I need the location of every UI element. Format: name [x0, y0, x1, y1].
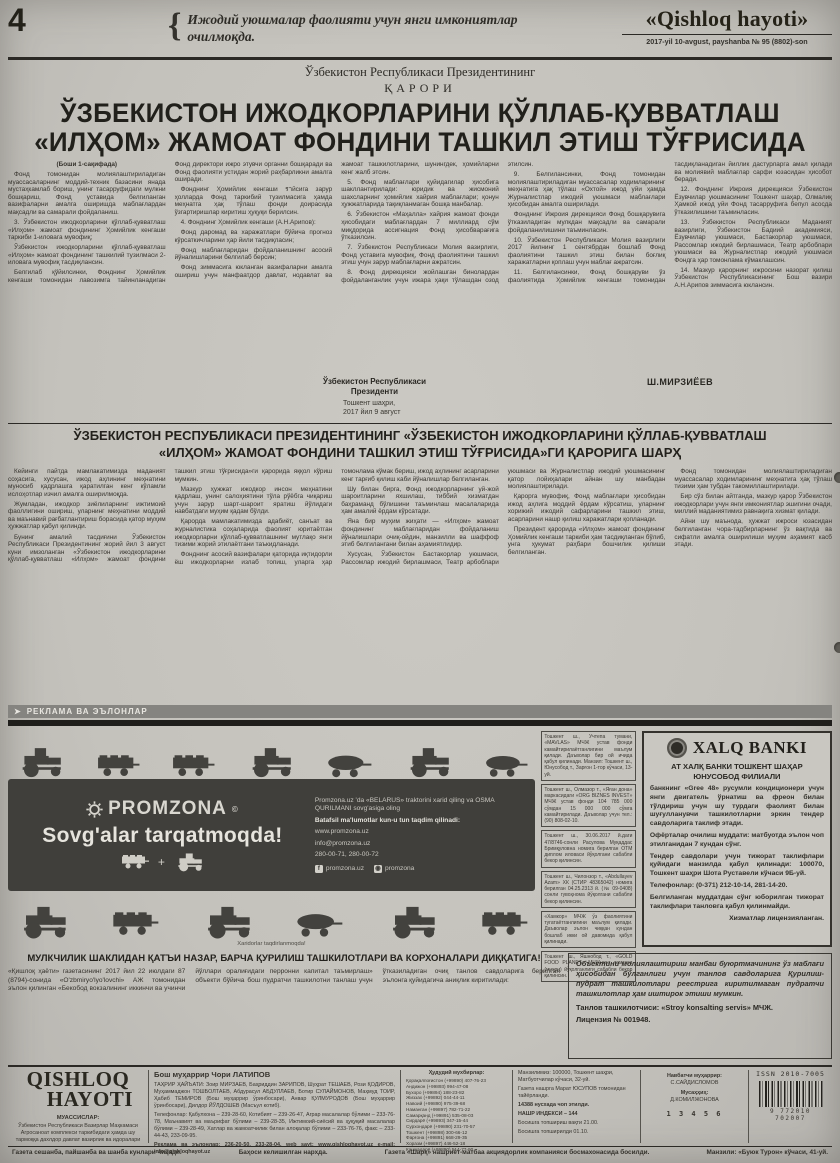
signature-place: Тошкент шаҳри, 2017 йил 9 август — [343, 399, 832, 417]
printing-house: Газета «Шарқ» нашриёт-матбаа акциядорлик… — [385, 1149, 650, 1156]
publication-index: НАШР ИНДЕКСИ – 144 — [518, 1111, 577, 1117]
decree-paragraph: Ўзбекистон ижодкорларини қўллаб-қувватла… — [8, 244, 166, 267]
decree-signature: Ўзбекистон Республикаси Президенти Ш.МИР… — [323, 377, 753, 397]
ads-phones: Реклама ва эълонлар: 236-20-50, 233-28-0… — [154, 1142, 281, 1148]
signature-title-line2: Президенти — [323, 387, 426, 397]
imprint-print-column: Манзилимиз: 100000, Тошкент шаҳри, Матбу… — [512, 1070, 640, 1143]
imprint-block: QISHLOQ HAYOTI МУАССИСЛАР: Ўзбекистон Ре… — [8, 1065, 832, 1143]
bank-ad-column: XALQ BANKI АТ ХАЛҚ БАНКИ ТОШКЕНТ ШАҲАР Ю… — [642, 731, 832, 947]
commentary-headline: ЎЗБЕКИСТОН РЕСПУБЛИКАСИ ПРЕЗИДЕНТИНИНГ «… — [8, 428, 832, 462]
trailer-icon — [120, 854, 150, 870]
tractor-silhouette — [14, 745, 66, 779]
signature-city: Тошкент шаҳри, — [343, 399, 832, 408]
bank-title-line1: АТ ХАЛҚ БАНКИ ТОШКЕНТ ШАҲАР — [650, 762, 824, 772]
header-slogan: Ижодий уюшмалар фаолияти учун янги имкон… — [187, 12, 588, 46]
editorial-address: Манзилимиз: 100000, Тошкент шаҳри, Матбу… — [518, 1070, 635, 1084]
tractor-icon — [173, 852, 205, 872]
tender-license: Лицензия № 001948. — [576, 1015, 824, 1025]
classifieds-column: Тошкент ш., Учтепа тумани, «MAVLAS» МЧЖ … — [541, 731, 636, 947]
tractor-silhouette — [402, 745, 454, 779]
commentary-paragraph: Қарорга мувофиқ, Фонд маблағлари ҳисобид… — [508, 493, 666, 523]
sheet-page-digits: 1 3 4 5 6 — [646, 1110, 743, 1119]
legal-notice-row: МУЛКЧИЛИК ШАКЛИДАН ҚАТЪИ НАЗАР, БАРЧА ҚУ… — [8, 953, 832, 1059]
imprint-logo-column: QISHLOQ HAYOTI МУАССИСЛАР: Ўзбекистон Ре… — [8, 1070, 148, 1143]
commentary-paragraph: Қарорда мамлакатимизда адабиёт, санъат в… — [175, 518, 333, 548]
commentary-paragraph: Шу билан бирга, Фонд ижодкорларнинг уй-ж… — [341, 486, 499, 516]
editorial-board: ТАҲРИР ҲАЙЪАТИ: Зоир МИРЗАЕВ, Баҳриддин … — [154, 1082, 395, 1110]
promzona-banner: PROMZONA© Sovg'alar tarqatmoqda! + Promz… — [8, 779, 535, 891]
legal-notice-heading: МУЛКЧИЛИК ШАКЛИДАН ҚАТЪИ НАЗАР, БАРЧА ҚУ… — [8, 953, 560, 965]
stroy-box-text: Объектини молиялаштириш манбаи буюртмачи… — [576, 959, 824, 999]
decree-paragraph: Фонд даромад ва харажатлари бўйича прогн… — [175, 229, 333, 244]
classified-notice: Тошкент ш., Учтепа тумани, «MAVLAS» МЧЖ … — [541, 731, 636, 781]
ads-section-bar: ➤ РЕКЛАМА ВА ЭЪЛОНЛАР — [8, 705, 832, 726]
punch-hole-mark — [834, 642, 840, 653]
publication-days: Газета сешанба, пайшанба ва шанба кунлар… — [12, 1149, 182, 1156]
promzona-phones: 280-00-71, 280-00-72 — [315, 851, 525, 860]
instagram-handle: promzona — [385, 865, 414, 874]
promzona-caption: Xaridorlar taqdirlanmoqda! — [8, 941, 535, 947]
promzona-brand: PROMZONA© — [86, 798, 239, 820]
proofreader-name: Д.КОМИЛЖОНОВА — [646, 1097, 743, 1104]
issn-number: ISSN 2010-7005 — [754, 1070, 827, 1078]
commentary-section: ЎЗБЕКИСТОН РЕСПУБЛИКАСИ ПРЕЗИДЕНТИНИНГ «… — [8, 428, 832, 700]
decree-paragraph: 5. Фонд маблағлари қуйидагилар ҳисобига … — [341, 179, 499, 209]
bank-tender-text: банкнинг «Gree 48» русумли кондиционери … — [650, 785, 824, 829]
trailer-silhouette — [479, 909, 529, 939]
decree-paragraph: 9. Белгилансинки, Фонд томонидан молияла… — [508, 171, 666, 209]
classified-notice: Тошкент ш., 30.06.2017 й.даги 47/8746-со… — [541, 830, 636, 867]
editorial-phones: Телефонлар: Қабулхона – 239-28-60, Котиб… — [154, 1112, 395, 1140]
imprint-duty-column: Навбатчи муҳаррир: С.САЙДИСЛОМОВ Мусаҳҳи… — [640, 1070, 748, 1143]
quote-bracket-icon: { — [168, 12, 181, 46]
bank-address: Тендер савдолари учун тижорат таклифлари… — [650, 853, 824, 879]
imprint-regions-column: Ҳудудий мухбирлар: Қорақалпоғистон (+998… — [400, 1070, 512, 1143]
commentary-paragraph: Фонд томонидан молиялаштириладиган муасс… — [674, 468, 832, 491]
tank-trailer-silhouette — [483, 753, 529, 779]
commentary-paragraph: Яна бир муҳим жиҳати — «Илҳом» жамоат фо… — [341, 518, 499, 548]
logotype-line2: HAYOTI — [13, 1090, 143, 1110]
bank-offer-deadline: Офёрталар очилиш муддати: матбуотда эъло… — [650, 832, 824, 850]
proofreader-label: Мусаҳҳиҳ: — [646, 1090, 743, 1097]
classified-notice: Тошкент ш., Чилонзор т., «Abdullayev Aza… — [541, 871, 636, 908]
issn-barcode — [759, 1081, 823, 1107]
decree-paragraph: 3. Ўзбекистон ижодкорларини қўллаб-қувва… — [8, 219, 166, 242]
commentary-headline-line1: ЎЗБЕКИСТОН РЕСПУБЛИКАСИ ПРЕЗИДЕНТИНИНГ «… — [8, 428, 832, 445]
newspaper-logotype: QISHLOQ HAYOTI — [13, 1070, 143, 1110]
commentary-headline-line2: «ИЛҲОМ» ЖАМОАТ ФОНДИНИ ТАШКИЛ ЭТИШ ТЎҒРИ… — [8, 445, 832, 462]
decree-paragraph: Фонднинг Ижроия дирекцияси Фонд бошқарув… — [508, 211, 666, 234]
promzona-slogan: Sovg'alar tarqatmoqda! — [42, 824, 282, 848]
commentary-paragraph: Кейинги пайтда мамлакатимизда маданият с… — [8, 468, 166, 498]
decree-paragraph: (Боши 1-сақифада) — [8, 161, 166, 169]
regions-list: Қорақалпоғистон (+99890) 407-76-23Андижо… — [406, 1078, 507, 1153]
pointer-icon: ➤ — [14, 707, 22, 716]
tractor-row-bottom — [8, 891, 535, 939]
print-deadline: Босишга топшириш вақти 21.00. — [518, 1120, 635, 1127]
decree-paragraph: 14. Мазкур қарорнинг ижросини назорат қи… — [674, 267, 832, 290]
promzona-details-label: Batafsil ma'lumotlar kun-u tun taqdim qi… — [315, 817, 525, 826]
decree-paragraph: Фонд маблағларидан фойдаланишнинг асосий… — [175, 247, 333, 262]
bank-late-note: Белгиланган муддатдан сўнг юборилган тиж… — [650, 894, 824, 912]
tank-trailer-silhouette — [294, 911, 344, 939]
ads-bar-label: РЕКЛАМА ВА ЭЪЛОНЛАР — [27, 707, 148, 716]
chief-editor: Бош муҳаррир Чори ЛАТИПОВ — [154, 1070, 395, 1080]
decree-kicker: Ўзбекистон Республикаси Президентининг Қ… — [8, 65, 832, 96]
decree-paragraph: 13. Ўзбекистон Республикаси Маданият ваз… — [674, 219, 832, 264]
trailer-silhouette — [170, 753, 216, 779]
commentary-paragraph: Бир сўз билан айтганда, мазкур қарор Ўзб… — [674, 493, 832, 516]
trailer-silhouette — [110, 909, 160, 939]
signature-date: 2017 йил 9 август — [343, 408, 832, 417]
tractor-silhouette — [383, 905, 441, 939]
page-header: 4 { Ижодий уюшмалар фаолияти учун янги и… — [8, 6, 832, 60]
promzona-brand-name: PROMZONA — [108, 798, 227, 820]
founders-label: МУАССИСЛАР: — [13, 1115, 143, 1123]
decree-paragraph: 6. Ўзбекистон «Маҳалла» хайрия жамоат фо… — [341, 211, 499, 241]
signature-name: Ш.МИРЗИЁЕВ — [647, 377, 713, 387]
issue-dateline: 2017-yil 10-avgust, payshanba № 95 (8802… — [622, 34, 832, 46]
trailer-silhouette — [95, 753, 141, 779]
bank-title-line2: ЮНУСОБОД ФИЛИАЛИ — [650, 772, 824, 782]
imprint-issn-column: ISSN 2010-7005 9 772010 702007 — [748, 1070, 832, 1143]
ads-row: PROMZONA© Sovg'alar tarqatmoqda! + Promz… — [8, 731, 832, 947]
masthead: «Qishloq hayoti» 2017-yil 10-avgust, pay… — [622, 6, 832, 46]
promzona-details: Promzona.uz 'da «BELARUS» traktorini xar… — [307, 787, 525, 883]
tractor-row-top — [8, 731, 535, 779]
website: web sayt: www.qishloqhayot.uz — [286, 1142, 373, 1148]
tractor-silhouette — [244, 745, 296, 779]
newspaper-title: «Qishloq hayoti» — [622, 6, 832, 32]
promzona-ad: PROMZONA© Sovg'alar tarqatmoqda! + Promz… — [8, 731, 535, 947]
instagram-icon: ◉ — [374, 865, 382, 873]
copyright-mark: © — [232, 805, 239, 814]
commentary-paragraph: Мазкур ҳужжат ижодкор инсон меҳнатини қа… — [175, 486, 333, 516]
layout-designer: Газета нашрга Марат ЮСУПОВ томонидан тай… — [518, 1086, 635, 1100]
decree-paragraph: 7. Ўзбекистон Республикаси Молия вазирли… — [341, 244, 499, 267]
decree-headline-line2: «ИЛҲОМ» ЖАМОАТ ФОНДИНИ ТАШКИЛ ЭТИШ ТЎҒРИ… — [8, 127, 832, 156]
decree-kicker-line1: Ўзбекистон Республикаси Президентининг — [8, 65, 832, 80]
decree-paragraph: Фонднинг Ҳомийлик кенгаши ราйсига зарур … — [175, 186, 333, 216]
promzona-promo-line: Promzona.uz 'da «BELARUS» traktorini xar… — [315, 797, 525, 814]
stroy-konsalting-box: Объектини молиялаштириш манбаи буюртмачи… — [568, 953, 832, 1059]
tractor-silhouette — [198, 905, 256, 939]
legal-notice: МУЛКЧИЛИК ШАКЛИДАН ҚАТЪИ НАЗАР, БАРЧА ҚУ… — [8, 953, 560, 1059]
page-number: 4 — [8, 6, 78, 35]
decree-headline-line1: ЎЗБЕКИСТОН ИЖОДКОРЛАРИНИ ҚЎЛЛАБ-ҚУВВАТЛА… — [8, 98, 832, 127]
decree-body-columns: (Боши 1-сақифада)Фонд томонидан молиялаш… — [8, 161, 832, 373]
tank-trailer-silhouette — [325, 753, 373, 779]
bank-branch-title: АТ ХАЛҚ БАНКИ ТОШКЕНТ ШАҲАР ЮНУСОБОД ФИЛ… — [650, 762, 824, 782]
circulation: 14388 нусхада чоп этилди. — [518, 1102, 589, 1108]
classified-notice: «Хамкор» МЧЖ ўз фаолиятини тугатаётганли… — [541, 911, 636, 948]
founders-text: Ўзбекистон Республикаси Вазирлар Маҳкама… — [13, 1123, 143, 1144]
signature-title: Ўзбекистон Республикаси Президенти — [323, 377, 426, 397]
decree-paragraph: Фонд томонидан молиялаштириладиган муасс… — [8, 171, 166, 216]
decree-kicker-line2: ҚАРОРИ — [8, 81, 832, 96]
commentary-body-columns: Кейинги пайтда мамлакатимизда маданият с… — [8, 468, 832, 700]
plus-sign: + — [158, 855, 165, 869]
signature-title-line1: Ўзбекистон Республикаси — [323, 377, 426, 387]
classified-notice: Тошкент ш., Олмазор т., «Яған дона» марк… — [541, 784, 636, 828]
gear-icon — [86, 801, 103, 818]
price-note: Баҳоси келишилган нархда. — [239, 1149, 328, 1156]
tractor-silhouette — [14, 905, 72, 939]
tender-organizer: Танлов ташкилотчиси: «Stroy konsalting s… — [576, 1003, 824, 1013]
decree-section: Ўзбекистон Республикаси Президентининг Қ… — [8, 65, 832, 417]
duty-editor-name: С.САЙДИСЛОМОВ — [646, 1080, 743, 1087]
promzona-email: info@promzona.uz — [315, 840, 525, 849]
decree-paragraph: 4. Фонднинг Ҳомийлик кенгаши (А.Н.Арипов… — [175, 219, 333, 227]
commentary-paragraph: Президент қарорида «Илҳом» жамоат фондин… — [508, 526, 666, 556]
newspaper-page: 4 { Ижодий уюшмалар фаолияти учун янги и… — [0, 0, 840, 1163]
decree-paragraph: 10. Ўзбекистон Республикаси Молия вазирл… — [508, 237, 666, 267]
bank-logo-icon — [667, 738, 687, 758]
facebook-handle: promzona.uz — [326, 865, 364, 874]
promzona-website: www.promzona.uz — [315, 828, 525, 837]
bank-name: XALQ BANKI — [693, 738, 807, 758]
punch-hole-mark — [834, 472, 840, 483]
decree-paragraph: 12. Фонднинг Ижроия дирекцияси Ўзбекисто… — [674, 186, 832, 216]
legal-notice-body: «Қишлоқ ҳаёти» газетасининг 2017 йил 22 … — [8, 968, 560, 1046]
ads-bar-rule — [8, 720, 832, 726]
facebook-icon: f — [315, 865, 323, 873]
regions-label: Ҳудудий мухбирлар: — [406, 1070, 507, 1077]
section-divider — [8, 423, 832, 424]
promzona-gift-icons: + — [120, 852, 205, 872]
printing-address: Манзили: «Буюк Турон» кўчаси, 41-уй. — [706, 1149, 828, 1156]
barcode-digits: 9 772010 702007 — [754, 1108, 827, 1124]
commentary-paragraph: Айни шу маънода, ҳужжат ижроси юзасидан … — [674, 518, 832, 548]
print-actual: Босишга топширилди 01.10. — [518, 1129, 635, 1136]
commentary-paragraph: Жумладан, ижодкор зиёлиларнинг ижтимоий … — [8, 501, 166, 531]
decree-headline: ЎЗБЕКИСТОН ИЖОДКОРЛАРИНИ ҚЎЛЛАБ-ҚУВВАТЛА… — [8, 98, 832, 156]
bank-phones: Телефонлар: (0-371) 212-10-14, 281-14-20… — [650, 882, 824, 891]
imprint-editorial-column: Бош муҳаррир Чори ЛАТИПОВ ТАҲРИР ҲАЙЪАТИ… — [148, 1070, 400, 1143]
xalq-banki-ad: XALQ BANKI АТ ХАЛҚ БАНКИ ТОШКЕНТ ШАҲАР Ю… — [642, 731, 832, 947]
bank-license-note: Хизматлар лицензияланган. — [650, 915, 824, 922]
